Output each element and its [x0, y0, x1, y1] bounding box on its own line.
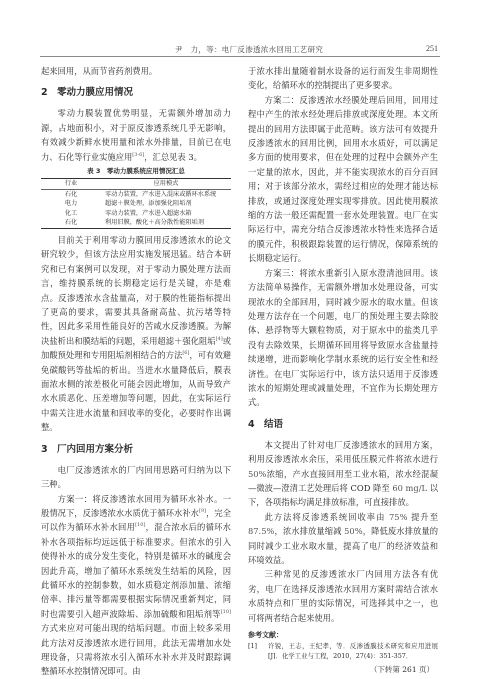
citation: [4]: [216, 336, 223, 342]
section-number: 4: [248, 418, 264, 432]
section-number: 2: [41, 86, 57, 100]
conclusion-paragraph-3: 三种常见的反渗透浓水厂内回用方法各有优劣，电厂在选择反渗透浓水回用方案时需结合浓…: [248, 567, 438, 625]
section-4-heading: 4结语: [248, 418, 438, 432]
conclusion-paragraph-2: 此方法将反渗透系统回收率由 75% 提升至 87.5%，浓水排放量缩减 50%，…: [248, 510, 438, 568]
left-column: 起来回用，从而节省药剂费用。 2零动力膜应用情况 零动力膜装置优势明显，无需额外…: [41, 64, 231, 679]
continued-note: （下转第 261 页）: [248, 663, 438, 677]
recovery-to: 87.5%: [248, 526, 274, 536]
reference-text: 许锐，王志，王纪孝，等．反渗透膜技术研究和应用进展[J]．化学工业与工程，201…: [268, 641, 438, 661]
table-header-row: 行业 应用模式: [41, 179, 231, 190]
section-title: 结语: [264, 419, 283, 430]
table-row: 电力 超滤＋膜处理，添加强化阻垢剂: [41, 199, 231, 209]
discharge-reduction: 50%: [344, 526, 362, 536]
section-title: 厂内回用方案分析: [57, 444, 133, 455]
concentration-ratio: 50%: [248, 469, 266, 479]
intro-tail: 起来回用，从而节省药剂费用。: [41, 64, 231, 78]
conclusion-paragraph-1: 本文提出了针对电厂反渗透浓水的回用方案，利用反渗透浓水余压，采用低压膜元件将浓水…: [248, 438, 438, 510]
table-row: 化工 零动力装置，产水进入超滤水箱: [41, 209, 231, 219]
section-number: 3: [41, 443, 57, 457]
section-2-heading: 2零动力膜应用情况: [41, 86, 231, 100]
running-header: 尹 力，等：电厂反渗透浓水回用工艺研究 251: [40, 42, 440, 57]
citation: [9]: [199, 508, 206, 514]
citation: [3-6]: [132, 152, 144, 158]
cod-value: 60 mg/L: [392, 483, 427, 493]
table-row: 石化 利用旧膜，酸化＋高分散性能阻垢剂: [41, 218, 231, 228]
right-column: 于浓水排出量随着制水设备的运行而发生非周期性变化，给循环水的控制提出了更多要求。…: [248, 64, 438, 677]
reference-item: [1] 许锐，王志，王纪孝，等．反渗透膜技术研究和应用进展[J]．化学工业与工程…: [248, 641, 438, 661]
references-heading: 参考文献：: [248, 629, 438, 641]
continued-paragraph: 于浓水排出量随着制水设备的运行而发生非周期性变化，给循环水的控制提出了更多要求。: [248, 64, 438, 93]
running-title: 尹 力，等：电厂反渗透浓水回用工艺研究: [175, 44, 323, 55]
citation: [10]: [135, 523, 145, 529]
section-2-paragraph-2: 目前关于利用零动力膜回用反渗透浓水的论文研究较少，但该方法应用实施发展迅猛。结合…: [41, 233, 231, 435]
column-header-mode: 应用模式: [101, 179, 231, 190]
section-title: 零动力膜应用情况: [57, 87, 133, 98]
section-3-paragraph-1: 电厂反渗透浓水的厂内回用思路可归纳为以下三种。: [41, 463, 231, 492]
section-2-paragraph-1: 零动力膜装置优势明显，无需额外增加动力源，占地面积小，对于原反渗透系统几乎无影响…: [41, 106, 231, 164]
recovery-from: 75%: [389, 512, 407, 522]
section-3-paragraph-2: 方案一：将反渗透浓水回用为循环水补水。一般情况下，反渗透浓水水质优于循环水补水[…: [41, 492, 231, 679]
table-row: 石化 零动力装置，产水进入混床或循环水系统: [41, 189, 231, 199]
plan-3-paragraph: 方案三：将浓水重新引入原水澄清池回用。该方法简单易操作，无需额外增加水处理设备，…: [248, 266, 438, 410]
page-number: 251: [426, 44, 438, 53]
column-header-industry: 行业: [41, 179, 101, 190]
citation: [10]: [221, 609, 231, 615]
section-3-heading: 3厂内回用方案分析: [41, 443, 231, 457]
reference-number: [1]: [248, 641, 268, 661]
application-table: 行业 应用模式 石化 零动力装置，产水进入混床或循环水系统 电力 超滤＋膜处理，…: [41, 178, 231, 229]
table-caption: 表 3 零动力膜系统应用情况汇总: [41, 166, 231, 176]
plan-2-paragraph: 方案二：反渗透浓水经膜处理后回用，回用过程中产生的浓水经处理后排放或深度处理。本…: [248, 93, 438, 266]
